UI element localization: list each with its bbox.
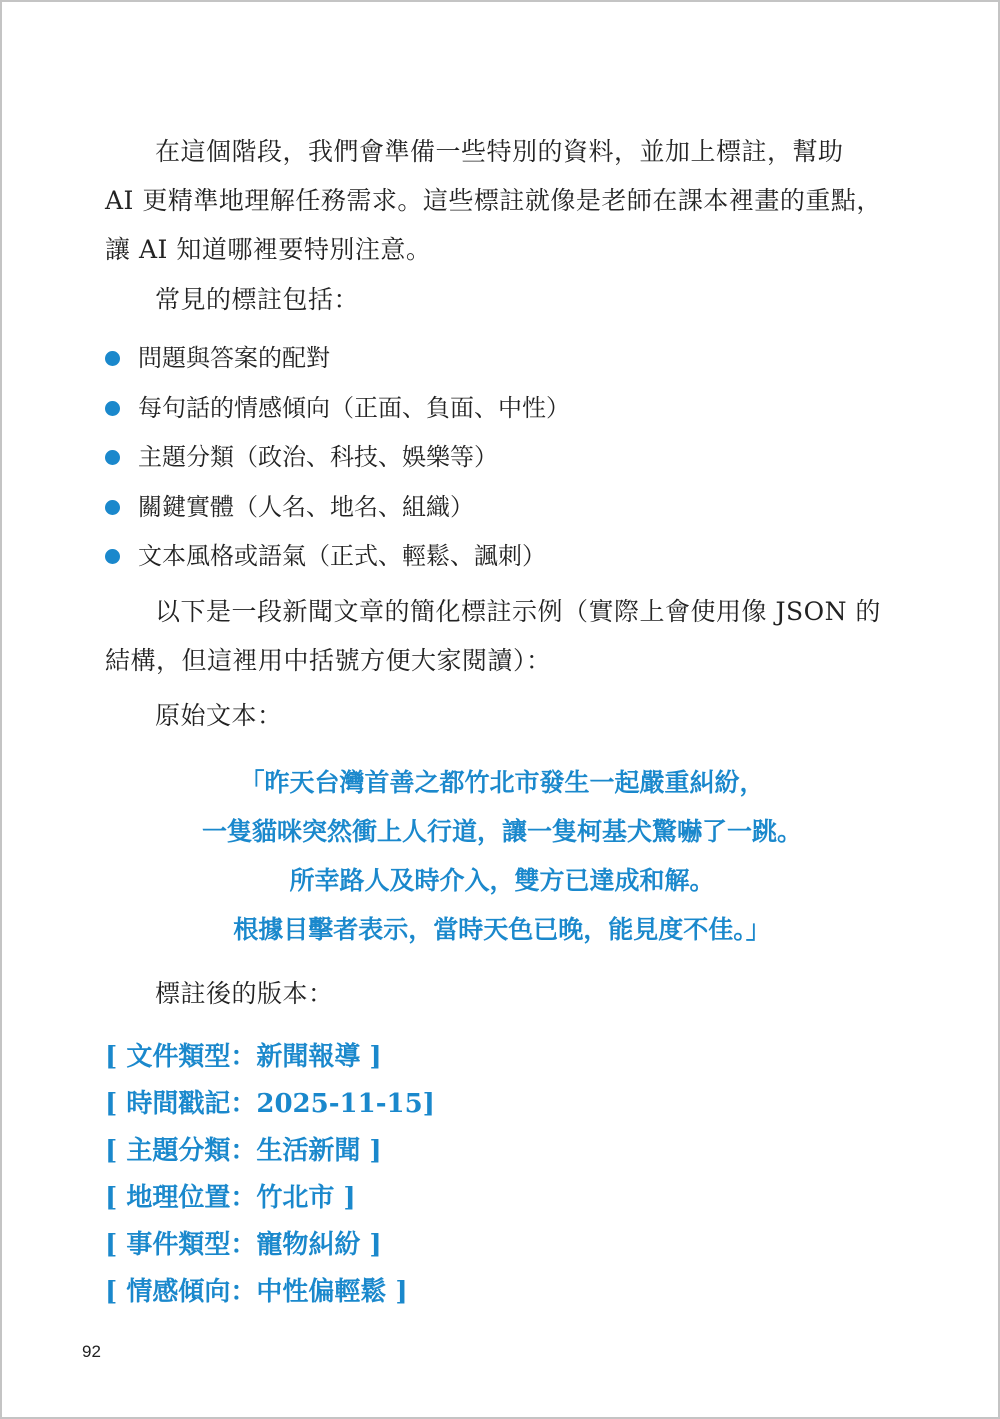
list-item: 每句話的情感傾向（正面、負面、中性） [105, 384, 895, 434]
quote-line: 所幸路人及時介入，雙方已達成和解。 [102, 856, 902, 905]
annotation-event-type: [ 事件類型：寵物糾紛 ] [105, 1222, 705, 1269]
intro-line-3: 讓 AI 知道哪裡要特別注意。 [105, 225, 895, 274]
example-intro-paragraph-cont: 結構，但這裡用中括號方便大家閱讀）： [105, 636, 895, 685]
label-types-list: 問題與答案的配對 每句話的情感傾向（正面、負面、中性） 主題分類（政治、科技、娛… [105, 334, 895, 582]
original-text-label: 原始文本： [105, 691, 895, 740]
book-page: 在這個階段，我們會準備一些特別的資料，並加上標註，幫助 AI 更精準地理解任務需… [0, 0, 1000, 1419]
list-item: 文本風格或語氣（正式、輕鬆、諷刺） [105, 532, 895, 582]
list-item-text: 關鍵實體（人名、地名、組織） [138, 483, 474, 533]
intro-paragraph-cont: AI 更精準地理解任務需求。這些標註就像是老師在課本裡畫的重點， 讓 AI 知道… [105, 176, 895, 274]
original-news-quote: 「昨天台灣首善之都竹北市發生一起嚴重糾紛， 一隻貓咪突然衝上人行道，讓一隻柯基犬… [102, 758, 902, 954]
quote-line: 「昨天台灣首善之都竹北市發生一起嚴重糾紛， [102, 758, 902, 807]
example-intro-line-1: 以下是一段新聞文章的簡化標註示例（實際上會使用像 JSON 的 [105, 587, 895, 636]
quote-line: 一隻貓咪突然衝上人行道，讓一隻柯基犬驚嚇了一跳。 [102, 807, 902, 856]
bullet-dot-icon [105, 450, 120, 465]
annotation-location: [ 地理位置：竹北市 ] [105, 1175, 705, 1222]
list-item-text: 文本風格或語氣（正式、輕鬆、諷刺） [138, 532, 546, 582]
list-item: 主題分類（政治、科技、娛樂等） [105, 433, 895, 483]
annotation-document-type: [ 文件類型：新聞報導 ] [105, 1034, 705, 1081]
example-intro-paragraph: 以下是一段新聞文章的簡化標註示例（實際上會使用像 JSON 的 [105, 587, 895, 636]
bullet-dot-icon [105, 549, 120, 564]
list-item-text: 主題分類（政治、科技、娛樂等） [138, 433, 498, 483]
annotation-topic: [ 主題分類：生活新聞 ] [105, 1128, 705, 1175]
page-number: 92 [82, 1342, 101, 1362]
list-item: 關鍵實體（人名、地名、組織） [105, 483, 895, 533]
annotated-version-label: 標註後的版本： [105, 969, 895, 1018]
common-labels-heading: 常見的標註包括： [105, 275, 895, 324]
list-item-text: 每句話的情感傾向（正面、負面、中性） [138, 384, 570, 434]
bullet-dot-icon [105, 500, 120, 515]
list-item: 問題與答案的配對 [105, 334, 895, 384]
intro-paragraph: 在這個階段，我們會準備一些特別的資料，並加上標註，幫助 [105, 127, 895, 176]
intro-line-1: 在這個階段，我們會準備一些特別的資料，並加上標註，幫助 [105, 127, 895, 176]
annotation-tags: [ 文件類型：新聞報導 ] [ 時間戳記：2025-11-15] [ 主題分類：… [105, 1034, 705, 1316]
intro-line-2: AI 更精準地理解任務需求。這些標註就像是老師在課本裡畫的重點， [105, 176, 895, 225]
quote-line: 根據目擊者表示，當時天色已晚，能見度不佳。」 [102, 905, 902, 954]
example-intro-line-2: 結構，但這裡用中括號方便大家閱讀）： [105, 636, 895, 685]
bullet-dot-icon [105, 401, 120, 416]
bullet-dot-icon [105, 351, 120, 366]
annotation-timestamp: [ 時間戳記：2025-11-15] [105, 1081, 705, 1128]
annotation-sentiment: [ 情感傾向：中性偏輕鬆 ] [105, 1269, 705, 1316]
list-item-text: 問題與答案的配對 [138, 334, 330, 384]
